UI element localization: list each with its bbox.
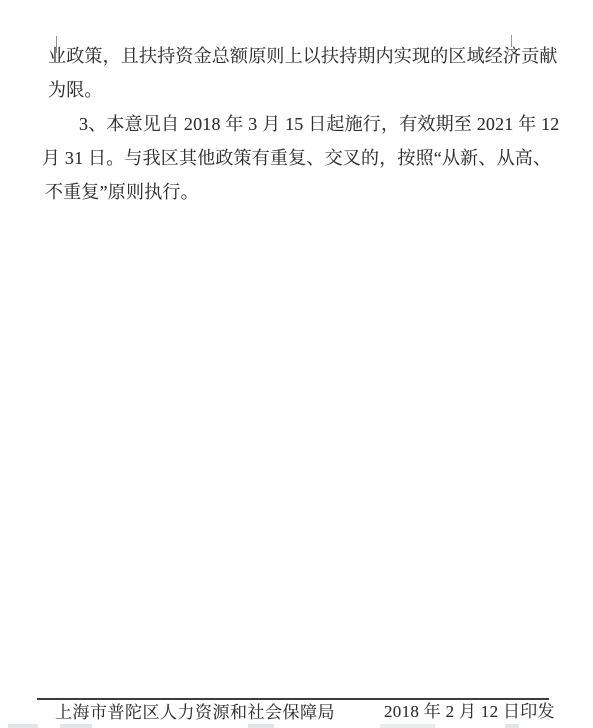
scan-artifact xyxy=(505,724,519,728)
footer-print-date: 2018 年 2 月 12 日印发 xyxy=(384,702,555,722)
body-line-4: 月 31 日。与我区其他政策有重复、交叉的，按照“从新、从高、 xyxy=(42,149,551,168)
body-line-5: 不重复”原则执行。 xyxy=(45,183,199,202)
footer-divider-line xyxy=(37,698,549,700)
scan-artifact xyxy=(60,724,92,728)
scanned-document-page: 业政策，且扶持资金总额原则上以扶持期内实现的区域经济贡献 为限。 3、本意见自 … xyxy=(0,0,593,728)
scan-artifact xyxy=(380,724,435,728)
body-line-1: 业政策，且扶持资金总额原则上以扶持期内实现的区域经济贡献 xyxy=(48,47,558,66)
body-line-3: 3、本意见自 2018 年 3 月 15 日起施行，有效期至 2021 年 12 xyxy=(79,115,560,134)
scan-artifact xyxy=(248,724,274,728)
scan-artifact xyxy=(8,724,38,728)
body-line-2: 为限。 xyxy=(48,81,103,100)
footer-issuer: 上海市普陀区人力资源和社会保障局 xyxy=(55,703,335,723)
